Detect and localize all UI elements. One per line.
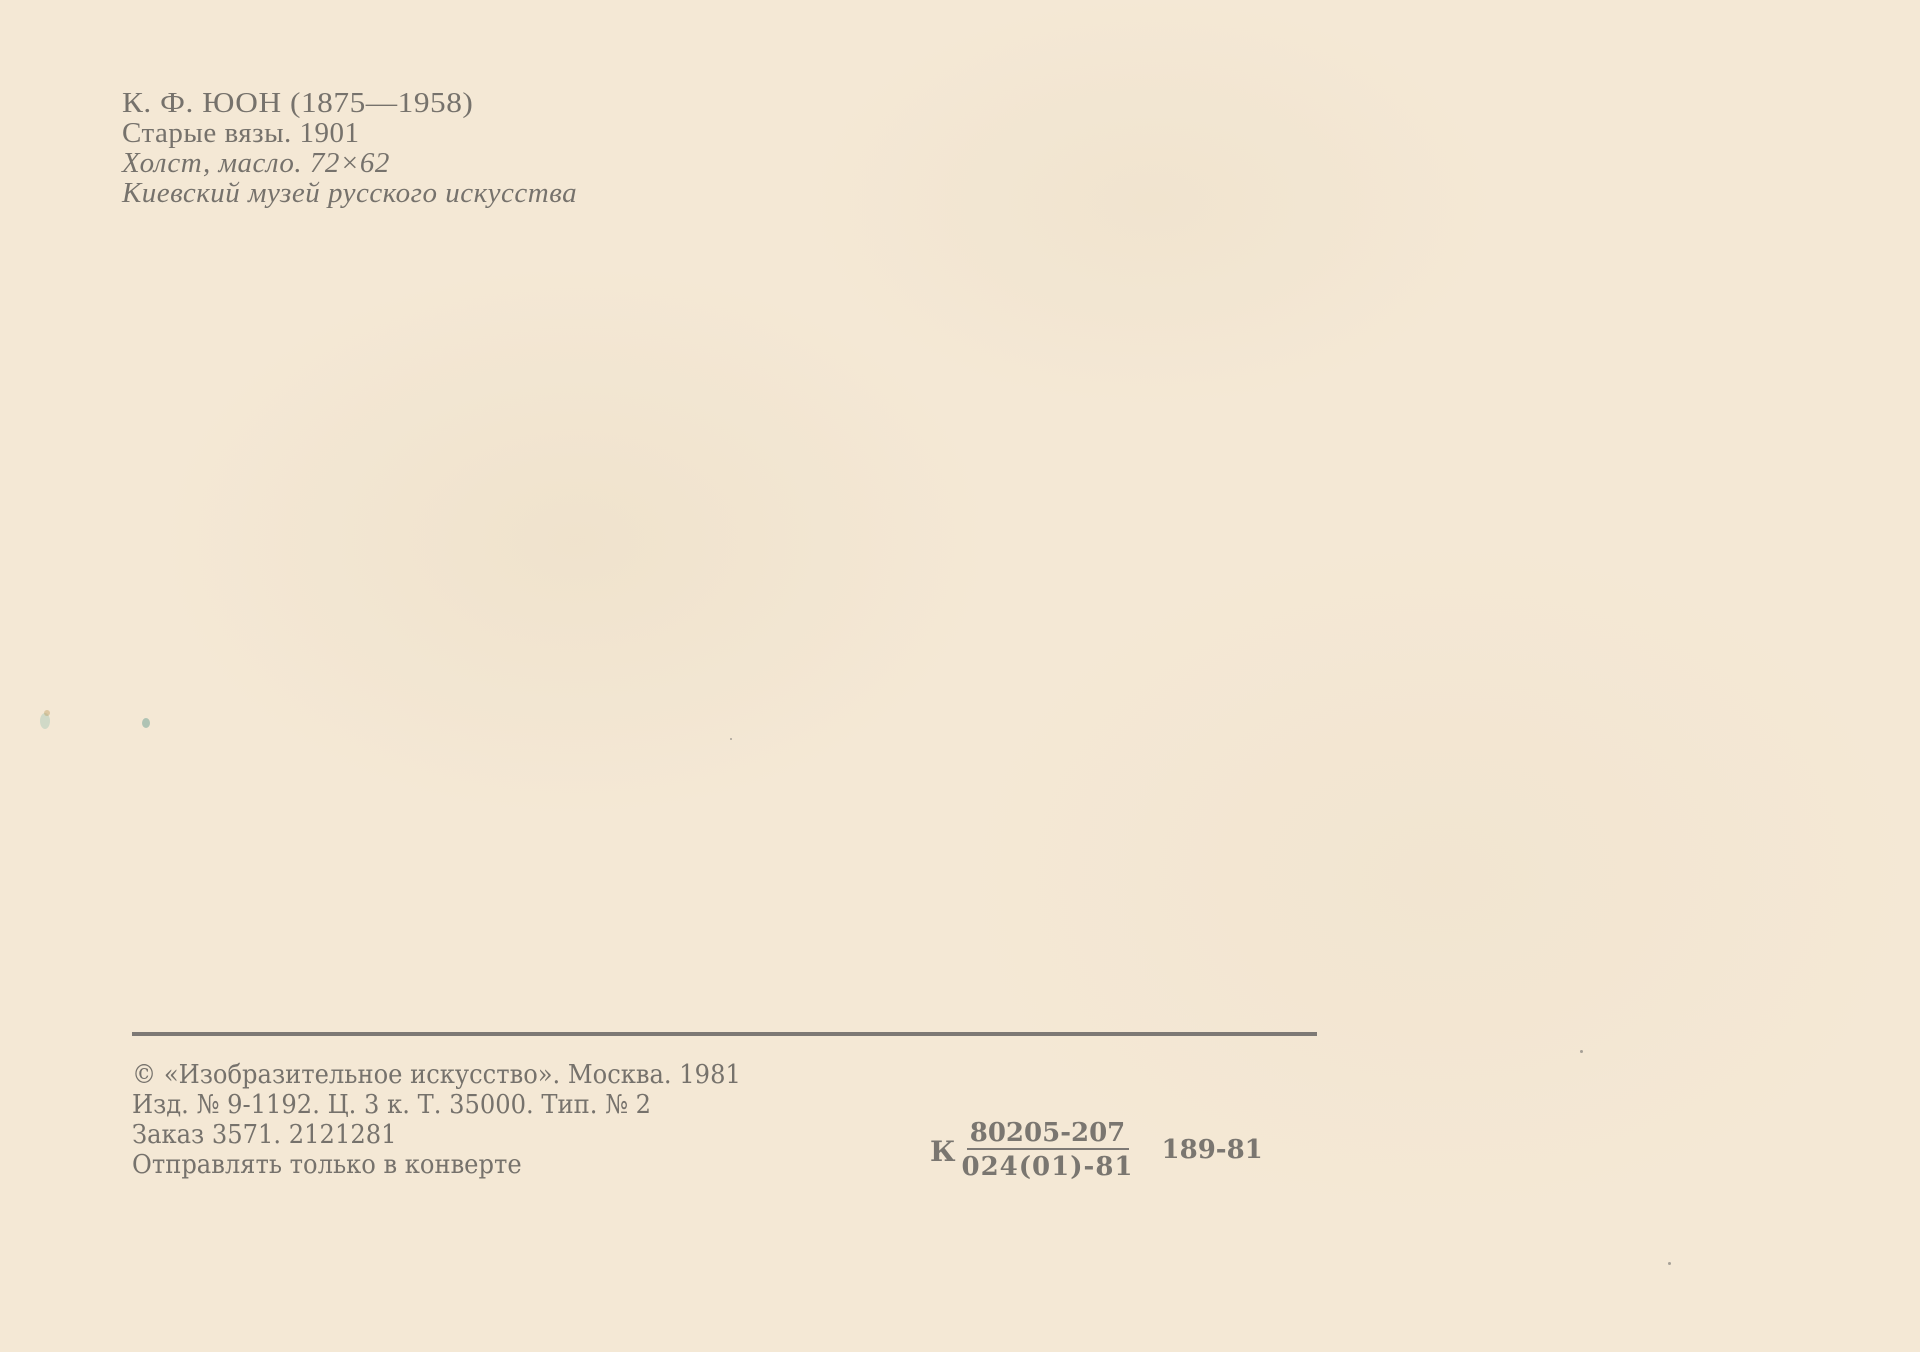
paper-speck bbox=[730, 738, 732, 740]
paper-speck bbox=[1580, 1050, 1583, 1053]
paper-speck bbox=[142, 718, 150, 728]
catalog-prefix: К bbox=[930, 1135, 955, 1168]
plan-number: 189-81 bbox=[1162, 1135, 1263, 1165]
imprint-edition: Изд. № 9-1192. Ц. 3 к. Т. 35000. Тип. № … bbox=[132, 1090, 741, 1120]
catalog-numerator: 80205-207 bbox=[966, 1118, 1130, 1148]
catalog-code: К 80205-207 024(01)-81 189-81 bbox=[930, 1118, 1263, 1184]
paper-speck bbox=[1668, 1262, 1671, 1265]
artwork-caption: К. Ф. ЮОН (1875—1958) Старые вязы. 1901 … bbox=[122, 88, 577, 208]
imprint-mailing-note: Отправлять только в конверте bbox=[132, 1150, 741, 1180]
catalog-denominator: 024(01)-81 bbox=[957, 1150, 1137, 1184]
imprint-copyright: © «Изобразительное искусство». Москва. 1… bbox=[132, 1060, 741, 1090]
imprint-order: Заказ 3571. 2121281 bbox=[132, 1120, 741, 1150]
artwork-collection: Киевский музей русского искусства bbox=[122, 178, 577, 208]
publisher-imprint: © «Изобразительное искусство». Москва. 1… bbox=[132, 1060, 741, 1180]
paper-speck bbox=[44, 710, 50, 716]
artwork-title: Старые вязы. 1901 bbox=[122, 118, 577, 148]
artwork-medium: Холст, масло. 72×62 bbox=[122, 148, 577, 178]
catalog-fraction: 80205-207 024(01)-81 bbox=[957, 1118, 1137, 1184]
artist-name: К. Ф. ЮОН (1875—1958) bbox=[122, 88, 614, 118]
divider-rule bbox=[132, 1032, 1317, 1036]
